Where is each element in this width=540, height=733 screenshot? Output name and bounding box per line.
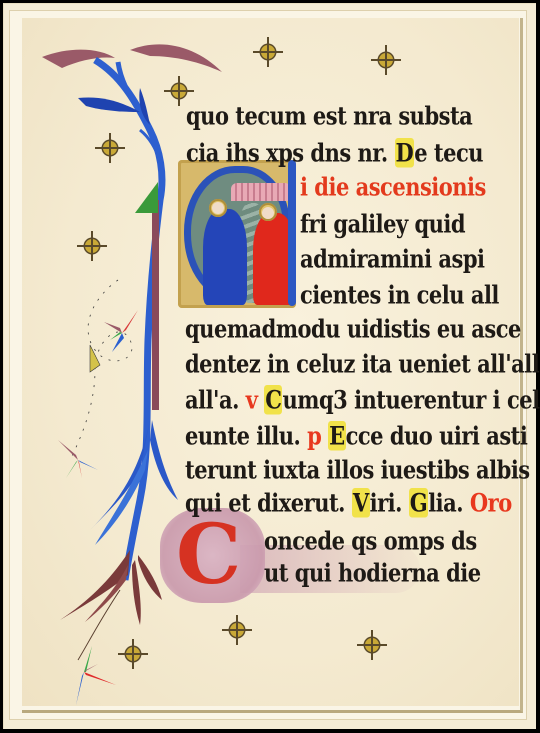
text-fragment: cce duo uiri asti [346,421,528,451]
gold-star-icon [103,141,117,155]
text-fragment: e tecu [414,138,483,168]
gold-star-icon [261,45,275,59]
text-line: oncede qs omps ds [264,526,477,556]
text-fragment: all'a. [185,385,246,415]
touched-capital: E [328,421,346,451]
text-fragment: cia ihs xps dns nr. [186,138,395,168]
text-line: quo tecum est nra substa [186,101,472,131]
mauve-leaf-icon [130,44,222,72]
text-line: cia ihs xps dns nr. De tecu [186,138,483,168]
text-line: eunte illu. p Ecce duo uiri asti [185,421,527,451]
initial-bowl [184,166,290,302]
rubric-oratio: Oro [470,488,512,518]
initial-stem [288,160,296,306]
text-line: admiramini aspi [300,244,485,274]
gold-star-icon [172,84,186,98]
initial-c: C [176,514,241,596]
rubric-heading: i die ascensionis [300,172,486,202]
touched-capital: D [395,138,415,168]
spiky-flower-icon [76,646,116,705]
text-line: all'a. v Cumq3 intuerentur i celu [185,385,540,415]
text-fragment: qui et dixerut. [185,488,352,518]
text-line: fri galiley quid [300,209,465,239]
gold-star-icon [126,647,140,661]
text-line: dentez in celuz ita ueniet all'all [185,349,539,379]
text-line: quemadmodu uidistis eu asce [185,314,521,344]
text-line: cientes in celu all [300,280,499,310]
text-fragment: lia. [428,488,470,518]
gold-star-icon [230,623,244,637]
touched-capital: C [264,385,282,415]
touched-capital: V [352,488,370,518]
text-fragment: iri. [370,488,409,518]
apostle-blue-robe [203,209,247,305]
text-fragment: eunte illu. [185,421,307,451]
frame-background: C quo tecum est nra substa cia ihs xps d… [0,0,540,733]
gold-star-icon [379,53,393,67]
gold-star-icon [365,638,379,652]
gold-star-icon [85,239,99,253]
text-line: terunt iuxta illos iuestibs albis [185,455,530,485]
text-line: qui et dixerut. Viri. Glia. Oro [185,488,512,518]
face [212,202,224,214]
spiky-flower-icon [58,440,98,478]
spiky-flower-icon [104,310,138,352]
touched-capital: G [409,488,428,518]
face [262,207,274,219]
text-line: ut qui hodierna die [264,558,481,588]
historiated-initial [178,160,296,308]
versicle-mark: v [246,385,258,415]
response-mark: p [307,421,321,451]
text-fragment: umq3 intuerentur i celu [282,385,540,415]
heaven-rays [231,183,291,201]
